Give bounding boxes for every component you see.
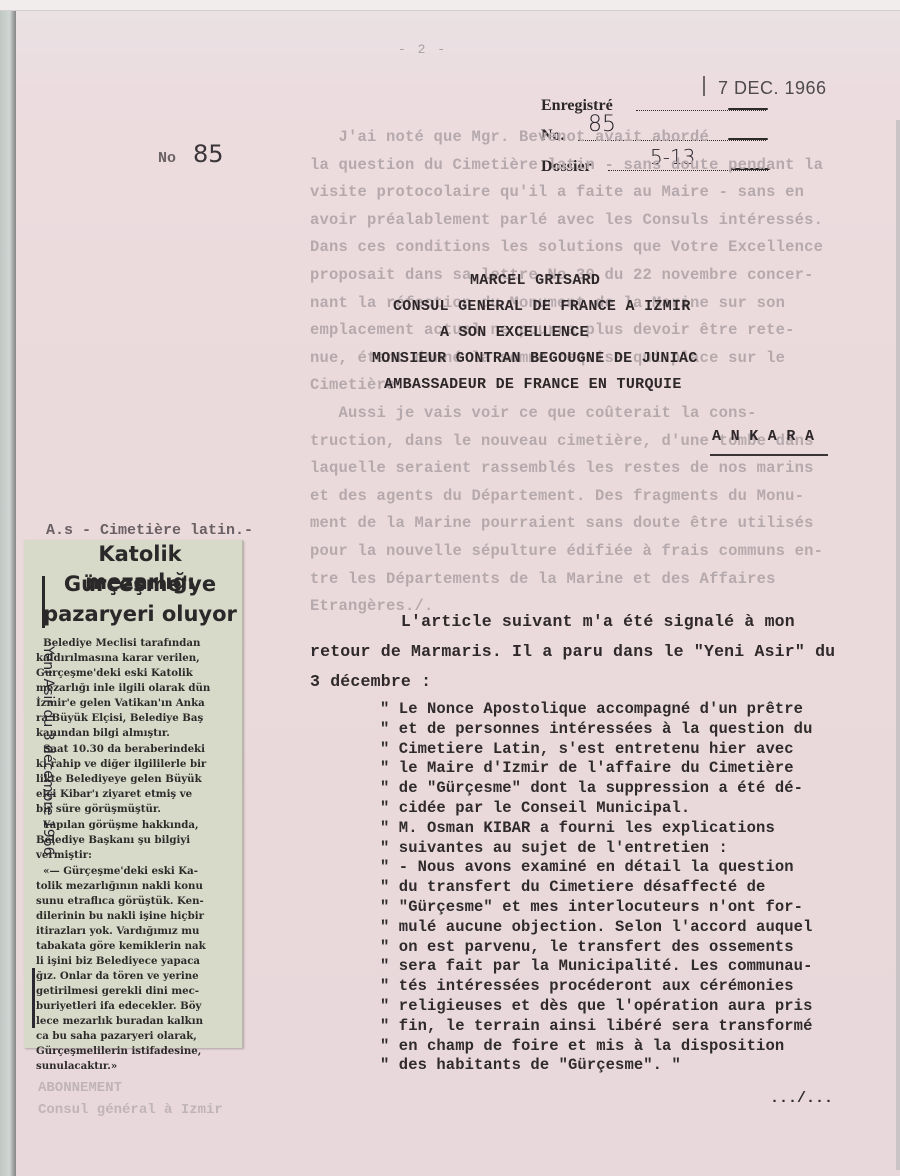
subject-line: A.s - Cimetière latin.-	[46, 522, 253, 539]
quote-line: " M. Osman KIBAR a fourni les explicatio…	[380, 819, 775, 837]
body-line: retour de Marmaris. Il a paru dans le "Y…	[310, 642, 835, 661]
page-right-edge	[896, 120, 900, 1170]
bleed-through-line: et des agents du Département. Des fragme…	[310, 487, 804, 505]
bleed-through-line: tre les Départements de la Marine et des…	[310, 570, 776, 588]
clipping-rule	[42, 576, 45, 628]
clipping-headline: pazaryeri oluyor	[40, 600, 240, 628]
margin-number-label: No	[158, 150, 176, 167]
quote-line: " le Maire d'Izmir de l'affaire du Cimet…	[380, 759, 794, 777]
quote-line: " et de personnes intéressées à la quest…	[380, 720, 812, 738]
recipient-city: A N K A R A	[712, 428, 814, 445]
quote-line: " suivantes au sujet de l'entretien :	[380, 839, 728, 857]
bleed-through-line: avoir préalablement parlé avec les Consu…	[310, 211, 823, 229]
paper-top-fold	[0, 0, 900, 11]
body-line: 3 décembre :	[310, 672, 431, 691]
handwritten-source-note: Yeni Asir du 3 décembre 1966	[26, 646, 56, 1046]
recipient-salutation: A SON EXCELLENCE	[440, 324, 589, 341]
quote-line: " fin, le terrain ainsi libéré sera tran…	[380, 1017, 812, 1035]
clipping-paragraph: Saat 10.30 da beraberindeki ki rahip ve …	[36, 742, 240, 817]
newspaper-clipping: Katolik mezarlığı Gürçeşme'ye pazaryeri …	[24, 540, 243, 1048]
clipping-headline: Gürçeşme'ye	[40, 570, 240, 598]
enregistre-line	[636, 110, 766, 111]
bleed-through-line: laquelle seraient rassemblés les restes …	[310, 459, 814, 477]
city-underline	[710, 454, 828, 456]
bleed-through-left: Consul général à Izmir	[38, 1102, 223, 1118]
bleed-through-line: Dans ces conditions les solutions que Vo…	[310, 238, 823, 256]
clipping-paragraph: Belediye Meclisi tarafından kaldırılması…	[36, 636, 240, 741]
stamp-bracket	[703, 76, 705, 96]
recipient-name: MONSIEUR GONTRAN BEGOUGNE DE JUNIAC	[372, 350, 698, 367]
quote-line: " des habitants de "Gürçesme". "	[380, 1056, 681, 1074]
sender-name: MARCEL GRISARD	[470, 272, 600, 289]
quote-line: " tés intéressées procéderont aux cérémo…	[380, 977, 794, 995]
margin-number-handwritten: 85	[193, 140, 224, 168]
page-stack-edge	[0, 0, 16, 1176]
sender-title: CONSUL GENERAL DE FRANCE A IZMIR	[393, 298, 691, 315]
date-stamp: 7 DEC. 1966	[718, 78, 827, 99]
quote-line: " on est parvenu, le transfert des ossem…	[380, 938, 794, 956]
quote-line: " de "Gürçesme" dont la suppression a ét…	[380, 779, 803, 797]
bleed-through-line: pour la nouvelle sépulture édifiée à fra…	[310, 542, 823, 560]
quote-line: " Le Nonce Apostolique accompagné d'un p…	[380, 700, 803, 718]
quote-line: " religieuses et dès que l'opération aur…	[380, 997, 812, 1015]
bleed-through-line: J'ai noté que Mgr. Bevenot avait abordé	[310, 128, 709, 146]
clipping-paragraph: «— Gürçeşme'deki eski Ka- tolik mezarlığ…	[36, 864, 240, 1074]
body-line: L'article suivant m'a été signalé à mon	[310, 612, 795, 631]
page-number: - 2 -	[398, 42, 447, 57]
bleed-through-line: visite protocolaire qu'il a faite au Mai…	[310, 183, 804, 201]
continuation-mark: .../...	[770, 1090, 833, 1107]
quote-line: " "Gürçesme" et mes interlocuteurs n'ont…	[380, 898, 803, 916]
bleed-through-left: ABONNEMENT	[38, 1080, 122, 1096]
handwritten-underline	[32, 968, 35, 1028]
quote-line: " en champ de foire et mis à la disposit…	[380, 1037, 784, 1055]
quote-line: " Cimetiere Latin, s'est entretenu hier …	[380, 740, 794, 758]
bleed-through-line: ment de la Marine pourraient sans doute …	[310, 514, 814, 532]
quote-line: " mulé aucune objection. Selon l'accord …	[380, 918, 812, 936]
quote-line: " du transfert du Cimetiere désaffecté d…	[380, 878, 765, 896]
recipient-title: AMBASSADEUR DE FRANCE EN TURQUIE	[384, 376, 682, 393]
quote-line: " cidée par le Conseil Municipal.	[380, 799, 690, 817]
bleed-through-line: Aussi je vais voir ce que coûterait la c…	[310, 404, 757, 422]
clipping-paragraph: Yapılan görüşme hakkında, Belediye Başka…	[36, 818, 240, 863]
quote-line: " sera fait par la Municipalité. Les com…	[380, 957, 812, 975]
quote-line: " - Nous avons examiné en détail la ques…	[380, 858, 794, 876]
bleed-through-line: la question du Cimetière latin - sans do…	[310, 156, 823, 174]
